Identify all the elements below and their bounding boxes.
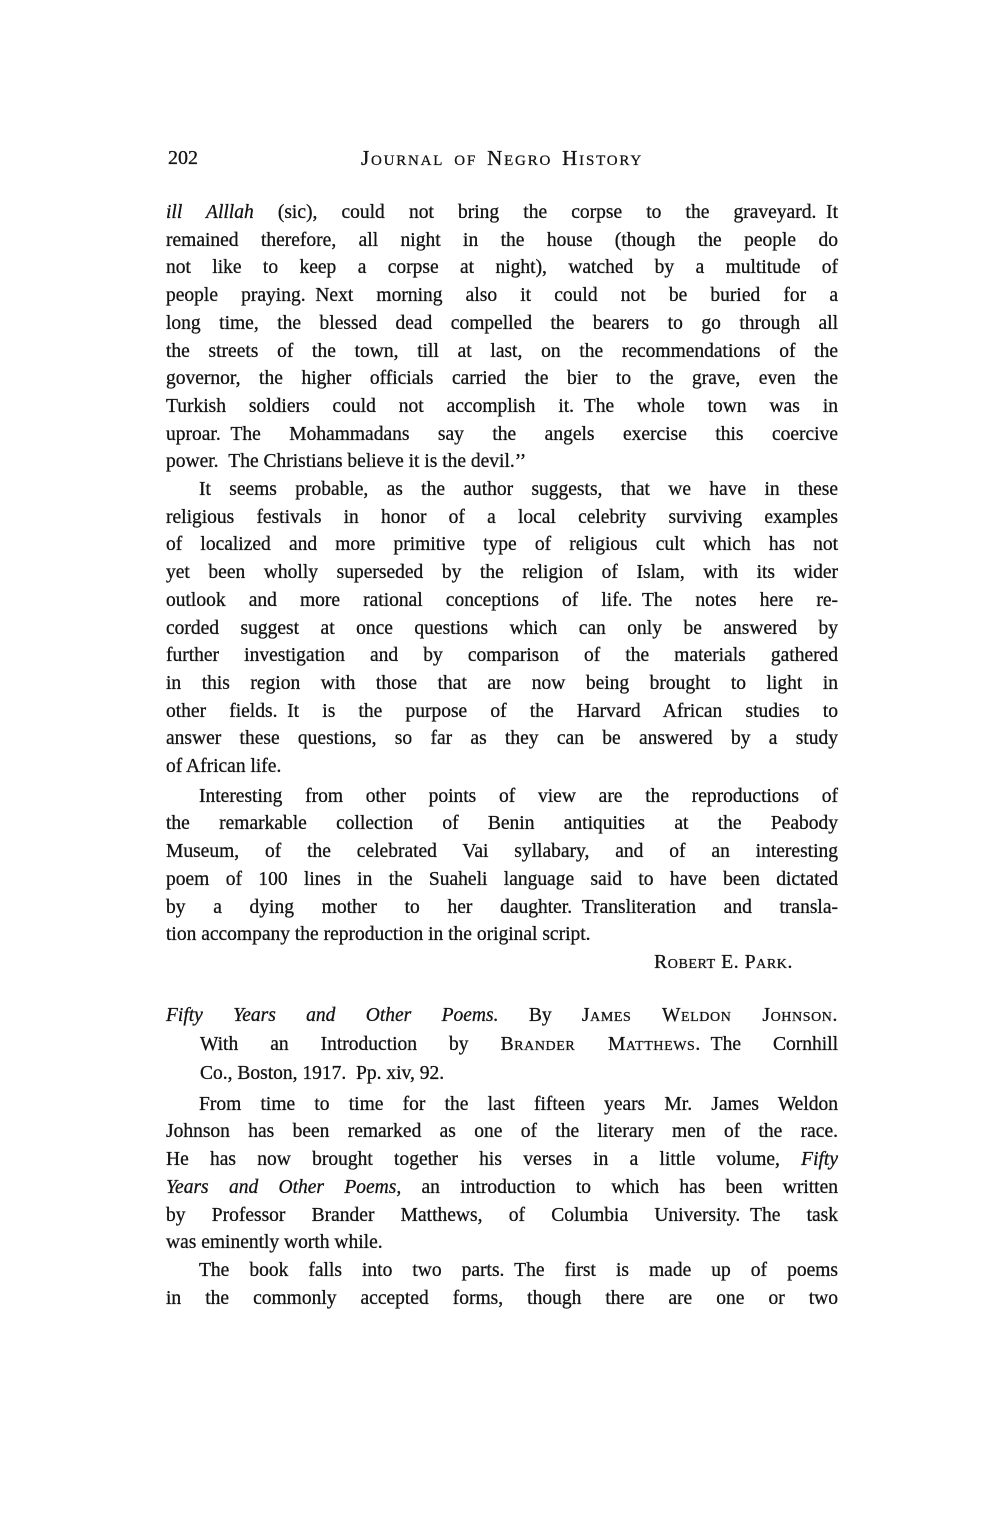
italic-text: Fifty: [801, 1149, 838, 1170]
text-line: in this region with those that are now b…: [166, 670, 838, 698]
text-segment: the streets of the town, till at last, o…: [166, 341, 838, 362]
text-segment: Co., Boston, 1917. Pp. xiv, 92.: [200, 1063, 444, 1084]
text-line: poem of 100 lines in the Suaheli languag…: [166, 866, 838, 894]
text-line: was eminently worth while.: [166, 1229, 838, 1257]
text-line: long time, the blessed dead compelled th…: [166, 310, 838, 338]
text-line: governor, the higher officials carried t…: [166, 365, 838, 393]
text-segment: religious festivals in honor of a local …: [166, 507, 838, 528]
signature-text: Robert E. Park.: [654, 952, 793, 973]
text-segment: of African life.: [166, 756, 281, 777]
text-segment: Museum, of the celebrated Vai syllabary,…: [166, 841, 838, 862]
text-line: yet been wholly superseded by the religi…: [166, 559, 838, 587]
smallcaps-text: James Weldon Johnson.: [582, 1005, 838, 1026]
text-segment: It seems probable, as the author suggest…: [199, 479, 838, 500]
text-segment: uproar. The Mohammadans say the angels e…: [166, 424, 838, 445]
text-segment: governor, the higher officials carried t…: [166, 368, 838, 389]
text-line: Turkish soldiers could not accomplish it…: [166, 393, 838, 421]
park-review-paragraph-1: ill Alllah (sic), could not bring the co…: [166, 199, 838, 476]
text-segment: With an Introduction by: [200, 1034, 501, 1055]
text-segment: long time, the blessed dead compelled th…: [166, 313, 838, 334]
book-page: 202 Journal of Negro History ill Alllah …: [0, 0, 1000, 1521]
text-line: Years and Other Poems, an introduction t…: [166, 1174, 838, 1202]
text-segment: answer these questions, so far as they c…: [166, 728, 838, 749]
book-citation: Fifty Years and Other Poems. By James We…: [166, 1001, 838, 1088]
text-segment: an introduction to which has been writte…: [401, 1177, 838, 1198]
text-line: other fields. It is the purpose of the H…: [166, 698, 838, 726]
text-segment: (sic), could not bring the corpse to the…: [254, 202, 838, 223]
text-segment: in this region with those that are now b…: [166, 673, 838, 694]
text-line: by a dying mother to her daughter. Trans…: [166, 894, 838, 922]
text-segment: yet been wholly superseded by the religi…: [166, 562, 838, 583]
text-segment: From time to time for the last fifteen y…: [199, 1094, 838, 1115]
italic-text: Fifty Years and Other Poems.: [166, 1005, 498, 1026]
park-review-paragraph-3: Interesting from other points of view ar…: [166, 783, 838, 949]
text-segment: by Professor Brander Matthews, of Columb…: [166, 1205, 838, 1226]
text-line: not like to keep a corpse at night), wat…: [166, 254, 838, 282]
running-title: Journal of Negro History: [166, 144, 838, 172]
text-segment: people praying. Next morning also it cou…: [166, 285, 838, 306]
johnson-review-paragraph-1: From time to time for the last fifteen y…: [166, 1091, 838, 1257]
text-segment: was eminently worth while.: [166, 1232, 383, 1253]
johnson-review-paragraph-2: The book falls into two parts. The first…: [166, 1257, 838, 1312]
text-line: of localized and more primitive type of …: [166, 531, 838, 559]
text-segment: The book falls into two parts. The first…: [199, 1260, 838, 1281]
text-segment: of localized and more primitive type of …: [166, 534, 838, 555]
italic-text: Years and Other Poems,: [166, 1177, 401, 1198]
text-line: the remarkable collection of Benin antiq…: [166, 810, 838, 838]
text-segment: Interesting from other points of view ar…: [199, 786, 838, 807]
text-segment: He has now brought together his verses i…: [166, 1149, 801, 1170]
text-line: With an Introduction by Brander Matthews…: [166, 1030, 838, 1059]
page-header: 202 Journal of Negro History: [166, 144, 838, 172]
text-line: corded suggest at once questions which c…: [166, 615, 838, 643]
text-line: people praying. Next morning also it cou…: [166, 282, 838, 310]
text-line: of African life.: [166, 753, 838, 781]
text-line: Fifty Years and Other Poems. By James We…: [166, 1001, 838, 1030]
text-block: ill Alllah (sic), could not bring the co…: [166, 199, 838, 1312]
text-segment: corded suggest at once questions which c…: [166, 618, 838, 639]
text-line: It seems probable, as the author suggest…: [166, 476, 838, 504]
page-number: 202: [168, 144, 198, 172]
text-segment: By: [498, 1005, 581, 1026]
text-line: He has now brought together his verses i…: [166, 1146, 838, 1174]
text-segment: the remarkable collection of Benin antiq…: [166, 813, 838, 834]
text-segment: outlook and more rational conceptions of…: [166, 590, 838, 611]
text-segment: Johnson has been remarked as one of the …: [166, 1121, 838, 1142]
text-segment: power. The Christians believe it is the …: [166, 451, 526, 472]
text-line: uproar. The Mohammadans say the angels e…: [166, 421, 838, 449]
text-line: answer these questions, so far as they c…: [166, 725, 838, 753]
text-segment: The Cornhill: [701, 1034, 838, 1055]
text-line: outlook and more rational conceptions of…: [166, 587, 838, 615]
text-line: by Professor Brander Matthews, of Columb…: [166, 1202, 838, 1230]
text-line: remained therefore, all night in the hou…: [166, 227, 838, 255]
text-line: tion accompany the reproduction in the o…: [166, 921, 838, 949]
text-line: Johnson has been remarked as one of the …: [166, 1118, 838, 1146]
italic-text: ill Alllah: [166, 202, 254, 223]
text-segment: further investigation and by comparison …: [166, 645, 838, 666]
text-line: Interesting from other points of view ar…: [166, 783, 838, 811]
text-segment: Turkish soldiers could not accomplish it…: [166, 396, 838, 417]
text-line: further investigation and by comparison …: [166, 642, 838, 670]
text-line: Museum, of the celebrated Vai syllabary,…: [166, 838, 838, 866]
text-segment: tion accompany the reproduction in the o…: [166, 924, 591, 945]
text-segment: by a dying mother to her daughter. Trans…: [166, 897, 838, 918]
text-segment: poem of 100 lines in the Suaheli languag…: [166, 869, 838, 890]
smallcaps-text: Brander Matthews.: [501, 1034, 701, 1055]
text-line: in the commonly accepted forms, though t…: [166, 1285, 838, 1313]
text-line: ill Alllah (sic), could not bring the co…: [166, 199, 838, 227]
text-line: the streets of the town, till at last, o…: [166, 338, 838, 366]
text-line: religious festivals in honor of a local …: [166, 504, 838, 532]
text-segment: other fields. It is the purpose of the H…: [166, 701, 838, 722]
text-line: power. The Christians believe it is the …: [166, 448, 838, 476]
reviewer-signature: Robert E. Park.: [166, 949, 838, 977]
text-segment: in the commonly accepted forms, though t…: [166, 1288, 838, 1309]
park-review-paragraph-2: It seems probable, as the author suggest…: [166, 476, 838, 781]
text-line: The book falls into two parts. The first…: [166, 1257, 838, 1285]
text-segment: remained therefore, all night in the hou…: [166, 230, 838, 251]
text-line: Co., Boston, 1917. Pp. xiv, 92.: [166, 1059, 838, 1088]
text-line: From time to time for the last fifteen y…: [166, 1091, 838, 1119]
text-segment: not like to keep a corpse at night), wat…: [166, 257, 838, 278]
